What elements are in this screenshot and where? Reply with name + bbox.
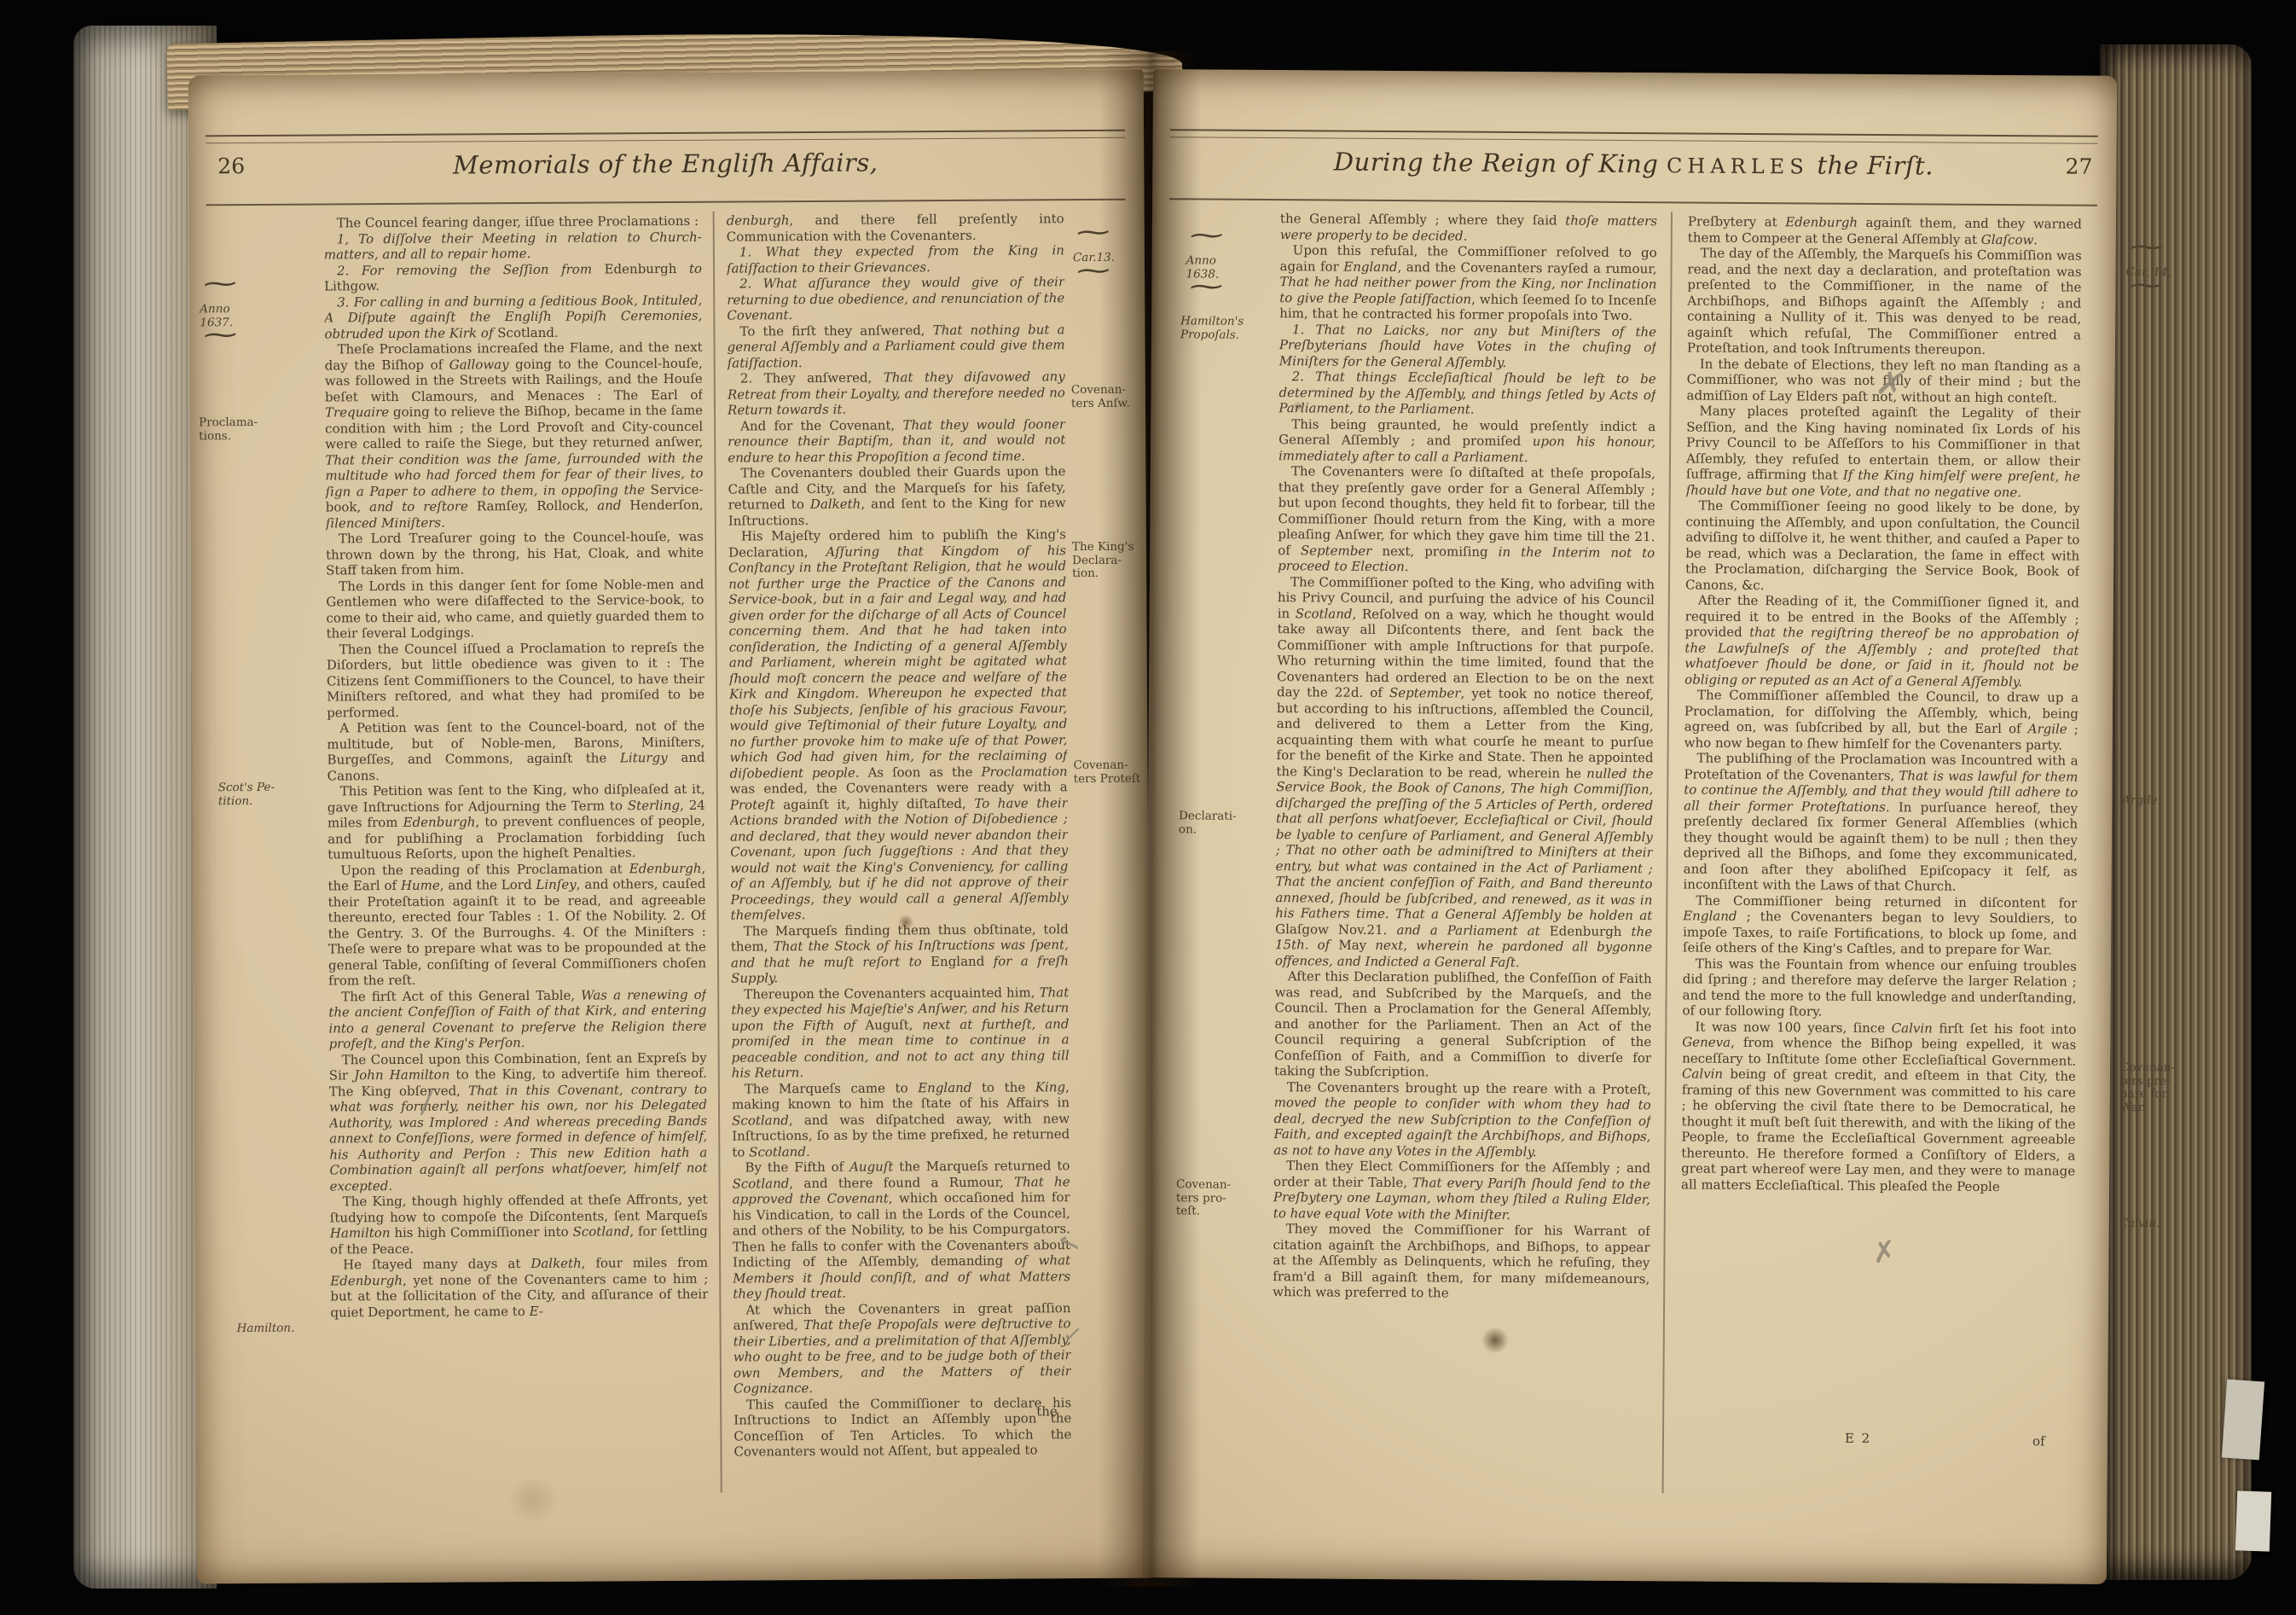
squiggle-ornament: ~ <box>2126 241 2256 254</box>
paragraph: And for the Covenant, That they would ſo… <box>728 416 1065 466</box>
margin-note-covenanters-prepare-war: Covenan-ters pre-pare forWar. <box>2120 1061 2193 1115</box>
margin-note-hamilton: Hamilton. <box>237 1322 331 1335</box>
paragraph: It was now 100 years, ſince Calvin firſt… <box>1681 1019 2076 1195</box>
right-page-column-1: the General Aſſembly ; where they ſaid t… <box>1272 211 1658 1500</box>
paragraph: The Marqueſs came to England to the King… <box>732 1079 1070 1160</box>
paragraph: The Commiſſioner being returned in diſco… <box>1683 892 2078 958</box>
pencil-x-mark: ✗ <box>1870 1234 1899 1271</box>
paragraph: He ſtayed many days at Dalketh, four mil… <box>330 1255 708 1321</box>
squiggle-ornament: ~ <box>200 276 419 290</box>
paragraph: The Councel upon this Combination, ſent … <box>329 1049 708 1194</box>
header-rule-bottom-left <box>206 199 1126 206</box>
paragraph: 2. That things Eccleſiaſtical ſhould be … <box>1278 369 1655 419</box>
paragraph: The Covenanters brought up the reare wit… <box>1273 1079 1651 1161</box>
catchword-left: the <box>1036 1403 1058 1419</box>
paragraph: To the firſt they anſwered, That nothing… <box>727 322 1064 371</box>
page-right: During the Reign of King CHARLES the Fir… <box>1143 69 2117 1584</box>
header-rule-top-right <box>1170 129 2098 144</box>
paragraph: Then they Elect Commiſſioners for the Aſ… <box>1273 1158 1651 1223</box>
book-photo: 26 Memorials of the Engliſh Affairs, The… <box>0 0 2296 1615</box>
margin-note-declaration: Declarati-on. <box>1179 810 1264 837</box>
margin-note-car-13: ~ Car.13. ~ <box>1073 213 1142 290</box>
paragraph: Then the Councel iſſued a Proclamation t… <box>327 639 705 720</box>
margin-note-hamiltons-proposals: Hamilton'sPropoſals. <box>1180 315 1274 342</box>
paragraph: The Lord Treaſurer going to the Councel-… <box>326 529 704 578</box>
margin-note-covenanters-protest: Covenan-ters Proteſt <box>1074 759 1146 787</box>
squiggle-ornament: ~ <box>1186 229 1348 242</box>
margin-note-anno-1637: ~ Anno 1637. ~ <box>200 264 316 355</box>
margin-note-scots-petition: Scot's Pe-tition. <box>218 781 325 808</box>
margin-note-argile: Argile. <box>2122 794 2190 808</box>
paragraph: His Majeſty ordered him to publiſh the K… <box>728 526 1069 923</box>
fore-edge-label-small <box>2235 1490 2271 1551</box>
king-name-caps: CHARLES <box>1667 154 1809 178</box>
header-rule-top-left <box>206 130 1125 144</box>
paragraph: After this Declaration publiſhed, the Co… <box>1274 968 1652 1082</box>
paragraph: The Commiſſioner poſted to the King, who… <box>1275 574 1655 972</box>
catchword-right: of <box>2032 1433 2045 1449</box>
paragraph: denburgh, and there fell preſently into … <box>727 211 1064 244</box>
paragraph: Upon the reading of this Proclamation at… <box>328 860 706 989</box>
paragraph: 2. What aſſurance they would give of the… <box>727 274 1064 323</box>
paragraph: 1. What they expected from the King in ſ… <box>727 242 1064 276</box>
margin-note-car-14: ~ Car. 14. ~ <box>2125 228 2195 305</box>
paragraph: The Commiſſioner aſſembled the Council, … <box>1684 687 2079 752</box>
paragraph: A Petition was ſent to the Councel-board… <box>327 718 704 784</box>
paragraph: Many places proteſted againſt the Legali… <box>1686 403 2081 500</box>
paragraph: The day of the Aſſembly, the Marqueſs hi… <box>1687 245 2082 358</box>
paragraph: This Petition was ſent to the King, who … <box>328 781 706 863</box>
paragraph: The Lords in this danger ſent for ſome N… <box>326 576 704 642</box>
page-header-right: During the Reign of King CHARLES the Fir… <box>1169 144 2097 200</box>
paragraph: The King, though highly offended at theſ… <box>330 1192 708 1258</box>
paragraph: The Marqueſs finding them thus obſtinate… <box>731 921 1069 986</box>
right-page-column-2: Preſbytery at Edenburgh againſt them, an… <box>1679 213 2082 1502</box>
paragraph: This being graunted, he would preſently … <box>1278 416 1655 467</box>
squiggle-ornament: ~ <box>1186 281 1348 293</box>
paragraph: 2. They anſwered, That they diſavowed an… <box>728 369 1065 418</box>
margin-note-calvin: Calvin. <box>2119 1217 2188 1231</box>
margin-note-anno-1638: ~ Anno 1638. ~ <box>1186 216 1272 306</box>
paragraph: This cauſed the Commiſſioner to declare … <box>733 1395 1071 1460</box>
paragraph: Thereupon the Covenanters acquainted him… <box>731 985 1070 1081</box>
paragraph: Preſbytery at Edenburgh againſt them, an… <box>1688 213 2082 247</box>
paragraph: Theſe Proclamations increaſed the Flame,… <box>325 340 704 532</box>
fore-edge-label <box>2222 1380 2264 1461</box>
left-page-column-2: denburgh, and there fell preſently into … <box>727 211 1072 1499</box>
paragraph: The publiſhing of the Proclamation was I… <box>1683 750 2078 895</box>
squiggle-ornament: ~ <box>200 328 419 342</box>
running-title-right: During the Reign of King CHARLES the Fir… <box>1169 146 2097 182</box>
pencil-check-mark: ✓ <box>1061 1320 1085 1351</box>
paragraph: By the Fifth of Auguſt the Marqueſs retu… <box>732 1158 1070 1302</box>
paragraph: This was the Fountain from whence our en… <box>1682 956 2077 1021</box>
signature-mark: E 2 <box>1845 1431 1871 1446</box>
paragraph: The Covenanters doubled their Guards upo… <box>728 463 1065 528</box>
paragraph: The Covenanters were ſo diſtaſted at the… <box>1278 463 1655 577</box>
page-left: 26 Memorials of the Engliſh Affairs, The… <box>188 70 1153 1584</box>
left-page-column-1: The Councel fearing danger, iſſue three … <box>324 213 710 1502</box>
paragraph: At which the Covenanters in great paſſio… <box>733 1300 1071 1397</box>
paragraph: After the Reading of it, the Commiſſione… <box>1684 592 2079 689</box>
paragraph: 1, To diſſolve their Meeting in relation… <box>324 229 702 263</box>
margin-note-proclamations: Proclama-tions. <box>199 416 314 444</box>
page-number-right: 27 <box>2066 154 2093 179</box>
column-divider-left <box>713 212 722 1493</box>
paragraph: They moved the Commiſſioner for his Warr… <box>1273 1221 1650 1303</box>
page-header-left: 26 Memorials of the Engliſh Affairs, <box>206 145 1125 200</box>
paragraph: The Commiſſioner ſeeing no good likely t… <box>1685 497 2080 595</box>
paragraph: The firſt Act of this General Table, Was… <box>328 986 706 1052</box>
running-title-left: Memorials of the Engliſh Affairs, <box>206 147 1125 182</box>
column-divider-right <box>1662 212 1673 1493</box>
margin-note-covenanters-answer: Covenan-ters Anſw. <box>1071 384 1144 411</box>
margin-note-covenanters-protest-right: Covenan-ters pro-teſt. <box>1176 1178 1261 1218</box>
margin-note-kings-declaration: The King'sDeclara-tion. <box>1072 541 1145 581</box>
squiggle-ornament: ~ <box>2125 280 2255 293</box>
paragraph: 1. That no Laicks, nor any but Miniſters… <box>1279 322 1656 372</box>
